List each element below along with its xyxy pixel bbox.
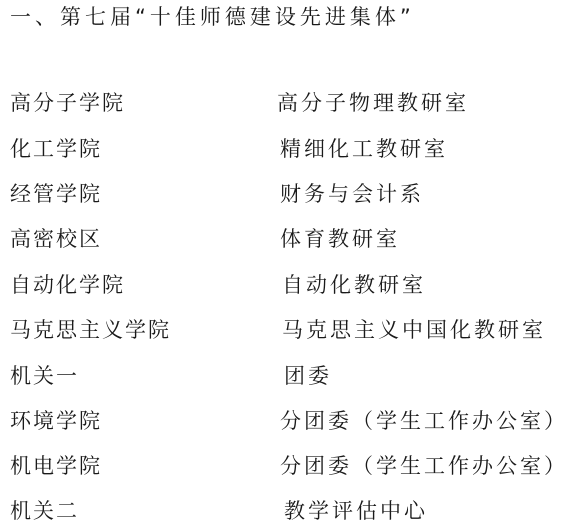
list-item: 机电学院分团委（学生工作办公室） [0, 451, 571, 481]
unit-name: 环境学院 [10, 406, 102, 436]
list-item: 高密校区体育教研室 [0, 224, 571, 254]
list-item: 机关一团委 [0, 361, 571, 391]
unit-name: 经管学院 [10, 179, 102, 209]
unit-name: 高分子学院 [10, 88, 125, 118]
list-item: 自动化学院自动化教研室 [0, 270, 571, 300]
group-name: 分团委（学生工作办公室） [280, 406, 568, 436]
unit-name: 自动化学院 [10, 270, 125, 300]
unit-name: 机关一 [10, 361, 79, 391]
group-name: 教学评估中心 [284, 496, 428, 526]
unit-name: 高密校区 [10, 224, 102, 254]
group-name: 体育教研室 [280, 224, 400, 254]
group-name: 马克思主义中国化教研室 [282, 315, 546, 345]
group-name: 精细化工教研室 [280, 134, 448, 164]
list-item: 环境学院分团委（学生工作办公室） [0, 406, 571, 436]
list-item: 经管学院财务与会计系 [0, 179, 571, 209]
group-name: 财务与会计系 [280, 179, 424, 209]
group-name: 分团委（学生工作办公室） [280, 451, 568, 481]
list-item: 高分子学院高分子物理教研室 [0, 88, 571, 118]
group-name: 自动化教研室 [282, 270, 426, 300]
list-item: 化工学院精细化工教研室 [0, 134, 571, 164]
section-title: 一、第七届“十佳师德建设先进集体” [10, 2, 415, 32]
unit-name: 机关二 [10, 496, 79, 526]
list-item: 马克思主义学院马克思主义中国化教研室 [0, 315, 571, 345]
unit-name: 机电学院 [10, 451, 102, 481]
list-item: 机关二教学评估中心 [0, 496, 571, 526]
unit-name: 化工学院 [10, 134, 102, 164]
unit-name: 马克思主义学院 [10, 315, 171, 345]
group-name: 团委 [284, 361, 332, 391]
group-name: 高分子物理教研室 [277, 88, 469, 118]
